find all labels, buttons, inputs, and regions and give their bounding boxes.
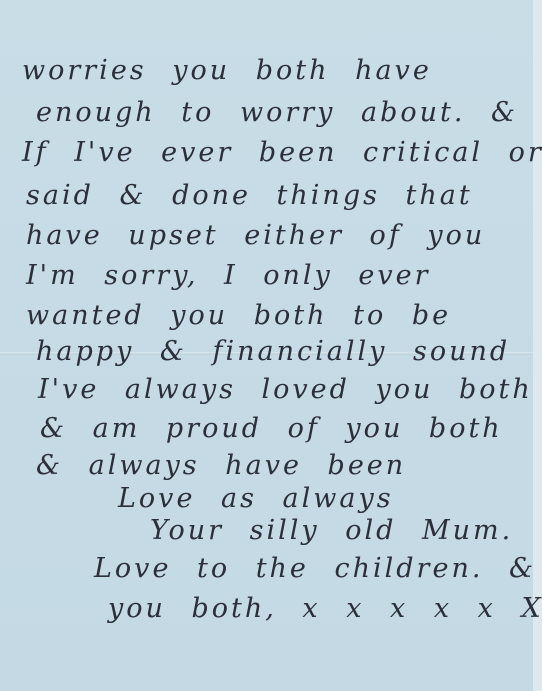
letter-line: & always have been (36, 450, 406, 481)
paper-edge (533, 0, 542, 691)
letter-line: happy & financially sound (36, 336, 510, 367)
letter-signature: Your silly old Mum. (150, 515, 513, 546)
letter-closing: Love as always (118, 483, 394, 514)
letter-line: worries you both have (22, 55, 432, 86)
letter-line: wanted you both to be (26, 300, 451, 331)
letter-line: have upset either of you (26, 220, 485, 251)
letter-kisses: you both, x x x x x X (108, 593, 542, 624)
letter-line: & am proud of you both (40, 413, 503, 444)
letter-line: I've always loved you both (38, 374, 533, 405)
letter-line: enough to worry about. & (36, 97, 518, 128)
letter-line: said & done things that (26, 180, 473, 211)
letter-line: If I've ever been critical or (22, 137, 542, 168)
letter-postscript: Love to the children. & (94, 553, 536, 584)
letter-line: I'm sorry, I only ever (26, 260, 431, 291)
